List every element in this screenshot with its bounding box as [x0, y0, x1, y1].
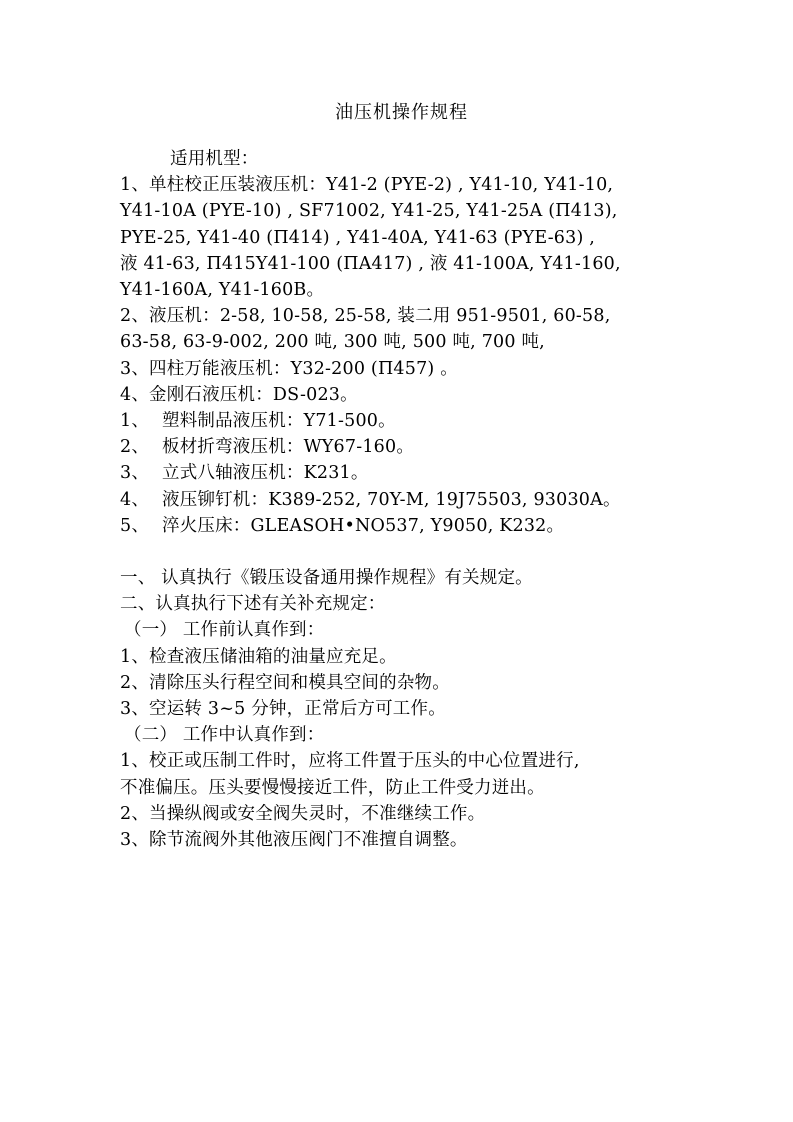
model-line: 液 41-63, Π415Y41-100 (ΠA417) , 液 41-100A…: [120, 251, 680, 277]
model-line: 4、金刚石液压机：DS-023。: [120, 382, 680, 408]
document-title: 油压机操作规程: [0, 98, 793, 124]
item-number: 4、: [120, 487, 162, 513]
numbered-model-item: 1、塑料制品液压机：Y71-500。: [120, 408, 680, 434]
item-number: 2、: [120, 434, 162, 460]
during-work-heading: （二） 工作中认真作到：: [120, 722, 680, 748]
numbered-model-item: 4、液压铆钉机：K389-252, 70Y-M, 19J75503, 93030…: [120, 487, 680, 513]
model-line: 3、四柱万能液压机：Y32-200 (Π457) 。: [120, 356, 680, 382]
item-text: 立式八轴液压机：K231。: [162, 463, 369, 483]
item-number: 5、: [120, 513, 162, 539]
numbered-model-item: 2、板材折弯液压机：WY67-160。: [120, 434, 680, 460]
before-work-heading: （一） 工作前认真作到：: [120, 617, 680, 643]
item-text: 板材折弯液压机：WY67-160。: [162, 437, 414, 457]
document-page: 油压机操作规程 适用机型： 1、单柱校正压装液压机：Y41-2 (PYE-2) …: [0, 0, 793, 1122]
document-body: 适用机型： 1、单柱校正压装液压机：Y41-2 (PYE-2) , Y41-10…: [120, 146, 680, 853]
applicable-models-heading: 适用机型：: [120, 146, 680, 172]
model-line: 1、单柱校正压装液压机：Y41-2 (PYE-2) , Y41-10, Y41-…: [120, 172, 680, 198]
during-work-item: 2、当操纵阀或安全阀失灵时，不准继续工作。: [120, 801, 680, 827]
before-work-item: 3、空运转 3~5 分钟，正常后方可工作。: [120, 696, 680, 722]
during-work-item: 3、除节流阀外其他液压阀门不准擅自调整。: [120, 827, 680, 853]
item-number: 3、: [120, 460, 162, 486]
model-line: 63-58, 63-9-002, 200 吨, 300 吨, 500 吨, 70…: [120, 329, 680, 355]
item-text: 塑料制品液压机：Y71-500。: [162, 411, 396, 431]
item-text: 淬火压床：GLEASOH•NO537, Y9050, K232。: [162, 516, 564, 536]
blank-line: [120, 539, 680, 565]
numbered-model-item: 5、淬火压床：GLEASOH•NO537, Y9050, K232。: [120, 513, 680, 539]
item-text: 液压铆钉机：K389-252, 70Y-M, 19J75503, 93030A。: [162, 490, 621, 510]
before-work-item: 1、检查液压储油箱的油量应充足。: [120, 644, 680, 670]
model-line: Y41-160A, Y41-160B。: [120, 277, 680, 303]
rule-1: 一、 认真执行《锻压设备通用操作规程》有关规定。: [120, 565, 680, 591]
model-line: PYE-25, Y41-40 (Π414) , Y41-40A, Y41-63 …: [120, 225, 680, 251]
numbered-model-item: 3、立式八轴液压机：K231。: [120, 460, 680, 486]
during-work-item: 不准偏压。压头要慢慢接近工件，防止工件受力迸出。: [120, 775, 680, 801]
model-line: 2、液压机：2-58, 10-58, 25-58, 装二用 951-9501, …: [120, 303, 680, 329]
item-number: 1、: [120, 408, 162, 434]
before-work-item: 2、清除压头行程空间和模具空间的杂物。: [120, 670, 680, 696]
during-work-item: 1、校正或压制工件时，应将工件置于压头的中心位置进行,: [120, 748, 680, 774]
model-line: Y41-10A (PYE-10) , SF71002, Y41-25, Y41-…: [120, 198, 680, 224]
rule-2: 二、认真执行下述有关补充规定：: [120, 591, 680, 617]
